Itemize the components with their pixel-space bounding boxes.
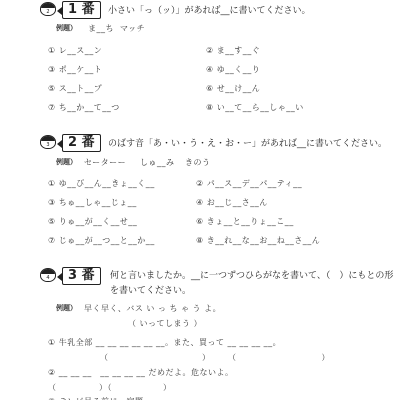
example-sentence: 早く早く、バス い っ ち ゃ う よ。 <box>84 303 221 314</box>
example-label: 例題） <box>56 303 77 313</box>
section-instruction: のばす音「あ・い・う・え・お・ー」があれば__に書いてください。 <box>108 136 387 149</box>
question-item: ③ ポ__ケ__ト <box>48 64 102 75</box>
question-item: ① ゆ__び__ん__きょ__く__ <box>48 178 155 189</box>
example-word: きのう <box>185 157 211 168</box>
example-word: ま__ち <box>88 23 114 34</box>
question-item: ③ テレビ見る前に、宿題 <box>48 396 144 400</box>
question-item: ② パ__ス__デ__パ__ティ__ <box>196 178 302 189</box>
question-item: ⑦ ち__か__て__つ <box>48 102 120 113</box>
question-item: ④ ゆ__く__り <box>206 64 260 75</box>
question-item: ⑥ せ__け__ん <box>206 83 260 94</box>
question-item: ⑤ ス__ト__プ <box>48 83 102 94</box>
example-label: 例題） <box>56 23 77 33</box>
example-answer: マッチ <box>120 23 145 34</box>
question-item: ③ ちゅ__しゃ__じょ__ <box>48 197 137 208</box>
question-item: ① レ__ス__ン <box>48 45 102 56</box>
example-word: セーターー <box>84 157 126 168</box>
question-item: ⑧ き__れ__な__お__ね__さ__ん <box>196 235 320 246</box>
question-item: ② ま__す__ぐ <box>206 45 260 56</box>
question-item: ② __ __ __ __ __ __ __ だめだよ。危ないよ。 <box>48 367 233 378</box>
example-label: 例題） <box>56 157 77 167</box>
question-item: ① 牛乳全部 __ __ __ __ __ __。また、買って __ __ __… <box>48 337 281 348</box>
answer-parentheses: （ ） （ ） <box>100 352 330 363</box>
section-number: 2 番 <box>62 134 101 152</box>
cd-track-icon: 2 <box>40 2 56 16</box>
question-item: ⑤ りゅ__が__く__せ__ <box>48 216 137 227</box>
section-number: 1 番 <box>62 1 101 19</box>
cd-track-icon: 4 <box>40 268 56 282</box>
question-item: ⑦ じゅ__が__つ__と__か__ <box>48 235 155 246</box>
section-instruction: 何と言いましたか。__に一つずつひらがなを書いて、（ ）にもとの形 <box>110 268 393 281</box>
section-instruction: 小さい「っ（ッ）」があれば__に書いてください。 <box>108 3 311 16</box>
answer-parentheses: （ ）（ ） <box>48 382 172 393</box>
question-item: ④ お__じ__さ__ん <box>196 197 268 208</box>
cd-track-icon: 3 <box>40 135 56 149</box>
section-instruction: を書いてください。 <box>110 283 191 296</box>
example-answer: （ いってしまう ） <box>128 318 202 329</box>
section-number: 3 番 <box>62 267 101 285</box>
example-word: しゅ__み <box>140 157 175 168</box>
question-item: ⑥ きょ__と__りょ__こ__ <box>196 216 294 227</box>
question-item: ⑧ い__て__ら__しゃ__い <box>206 102 304 113</box>
